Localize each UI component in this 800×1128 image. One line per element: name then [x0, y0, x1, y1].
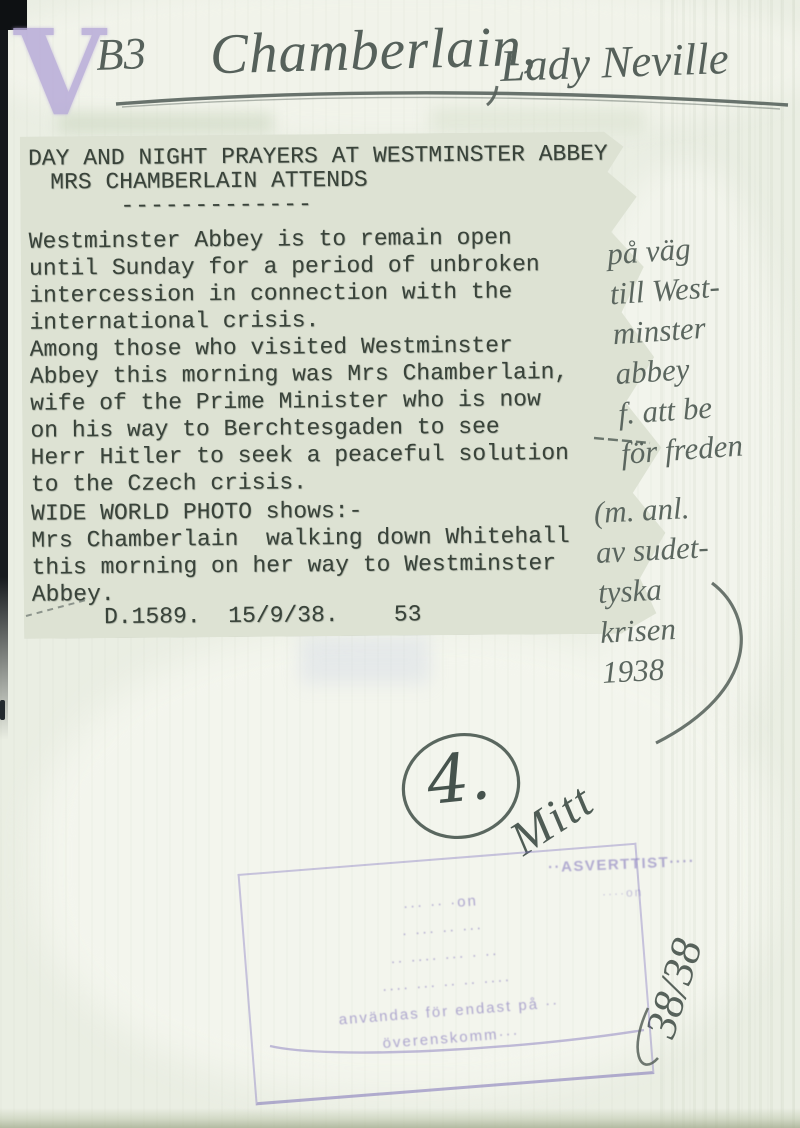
caption-slip: DAY AND NIGHT PRAYERS AT WESTMINSTER ABB…	[20, 131, 666, 639]
scanner-edge-left	[0, 0, 8, 740]
pencil-smudge	[430, 107, 645, 133]
margin-note-line: krisen	[599, 607, 714, 653]
margin-note-line: tyska	[597, 567, 712, 613]
caption-description: Mrs Chamberlain walking down Whitehallth…	[31, 522, 666, 609]
scanner-edge-nub	[0, 700, 5, 720]
caption-body: Westminster Abbey is to remain openuntil…	[29, 223, 665, 499]
photo-back-scan: V B3 Chamberlain, Lady Neville DAY AND N…	[0, 0, 800, 1128]
comma-stroke	[487, 86, 497, 105]
stamp-offset-fragment-2: ····on	[602, 885, 644, 901]
margin-note-line: för freden	[620, 426, 744, 474]
archive-title-surname: Chamberlain,	[209, 14, 538, 88]
margin-note-line: 1938	[601, 647, 716, 693]
margin-note-line: (m. anl.	[593, 487, 708, 533]
censor-v-stamp: V	[14, 14, 106, 132]
caption-reference-number: D.1589. 15/9/38. 53	[104, 599, 666, 631]
title-underline-stroke-2	[122, 97, 780, 109]
archive-code: B3	[95, 27, 147, 81]
caption-divider: -------------	[120, 189, 662, 218]
ink-smudge	[300, 636, 430, 684]
archive-ink-stamp: ··· ·· ·on· ··· ·· ····· ···· ··· · ····…	[238, 843, 655, 1106]
margin-note-line: av sudet-	[595, 527, 710, 573]
title-underline-stroke	[116, 93, 788, 105]
caption-body-line: to the Czech crisis.	[31, 466, 665, 499]
margin-note-part2: (m. anl.av sudet-tyskakrisen1938	[593, 487, 716, 693]
sequence-number: 4.	[423, 737, 494, 820]
archive-title-firstname: Lady Neville	[499, 32, 729, 92]
margin-note-part1: på vägtill West-minsterabbeyf. att beför…	[606, 226, 744, 474]
margin-note-line: till West-	[609, 266, 733, 314]
bottom-edge-shadow	[0, 1108, 800, 1128]
